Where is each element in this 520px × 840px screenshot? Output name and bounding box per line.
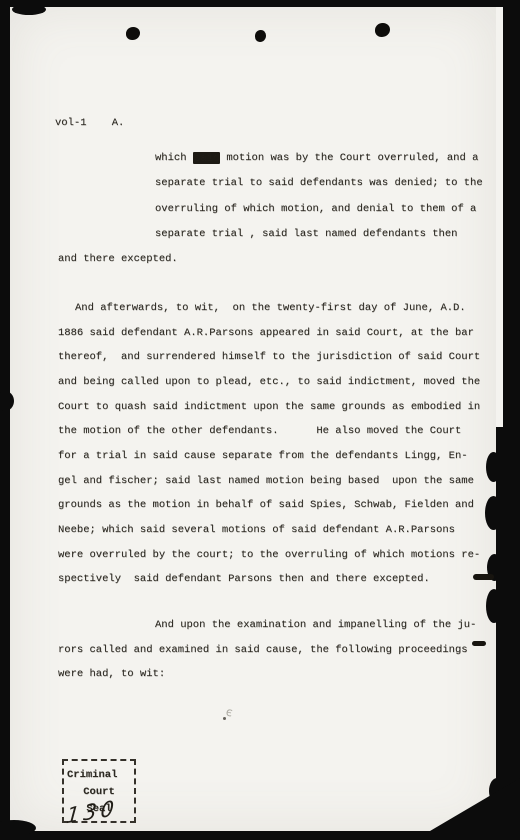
text-line: and being called upon to plead, etc., to… bbox=[58, 370, 510, 395]
edge-tear bbox=[486, 452, 501, 482]
text-line: Neebe; which said several motions of sai… bbox=[58, 518, 510, 543]
text-line: rors called and examined in said cause, … bbox=[58, 638, 510, 663]
scan-edge-bottom bbox=[0, 831, 520, 840]
text-line: overruling of which motion, and denial t… bbox=[58, 197, 510, 222]
text-segment: motion was by the Court overruled, and a bbox=[220, 152, 478, 164]
paragraph-2: And afterwards, to wit, on the twenty-fi… bbox=[58, 296, 510, 592]
volume-label: vol-1 A. bbox=[55, 111, 124, 136]
edge-tear bbox=[486, 589, 502, 623]
hole-punch-mark bbox=[126, 27, 140, 40]
redacted-word: said bbox=[193, 152, 220, 164]
hole-punch-mark bbox=[375, 23, 390, 37]
text-line: gel and fischer; said last named motion … bbox=[58, 469, 510, 494]
edge-tear bbox=[12, 4, 46, 15]
text-line: And afterwards, to wit, on the twenty-fi… bbox=[58, 296, 510, 321]
text-line: and there excepted. bbox=[58, 247, 510, 272]
text-line: Court to quash said indictment upon the … bbox=[58, 395, 510, 420]
text-line: separate trial to said defendants was de… bbox=[58, 171, 510, 196]
text-line: grounds as the motion in behalf of said … bbox=[58, 493, 510, 518]
scan-edge-top bbox=[0, 0, 520, 7]
edge-tear bbox=[485, 496, 502, 530]
text-line: which said motion was by the Court overr… bbox=[58, 146, 510, 171]
stray-pen-mark: є bbox=[225, 704, 234, 719]
paragraph-1: which said motion was by the Court overr… bbox=[58, 146, 510, 272]
text-line: thereof, and surrendered himself to the … bbox=[58, 345, 510, 370]
scan-edge-left bbox=[0, 0, 10, 840]
bottom-right-tear bbox=[430, 778, 520, 831]
edge-tear-dash bbox=[473, 574, 494, 580]
paper-speck bbox=[223, 717, 226, 720]
scanned-document-page: vol-1 A. which said motion was by the Co… bbox=[0, 0, 520, 840]
text-line: for a trial in said cause separate from … bbox=[58, 444, 510, 469]
edge-tear-dash bbox=[472, 641, 486, 646]
paper-edge-sliver bbox=[496, 7, 503, 427]
seal-line: Criminal bbox=[64, 767, 134, 784]
text-line: spectively said defendant Parsons then a… bbox=[58, 567, 510, 592]
text-segment: which bbox=[155, 152, 193, 164]
text-line: 1886 said defendant A.R.Parsons appeared… bbox=[58, 321, 510, 346]
paper-sheet: vol-1 A. which said motion was by the Co… bbox=[10, 7, 496, 831]
text-line: And upon the examination and impanelling… bbox=[58, 613, 510, 638]
hole-punch-mark bbox=[255, 30, 266, 42]
text-line: were had, to wit: bbox=[58, 662, 510, 687]
text-line: the motion of the other defendants. He a… bbox=[58, 419, 510, 444]
text-line: were overruled by the court; to the over… bbox=[58, 543, 510, 568]
text-line: separate trial , said last named defenda… bbox=[58, 222, 510, 247]
paragraph-3: And upon the examination and impanelling… bbox=[58, 613, 510, 687]
